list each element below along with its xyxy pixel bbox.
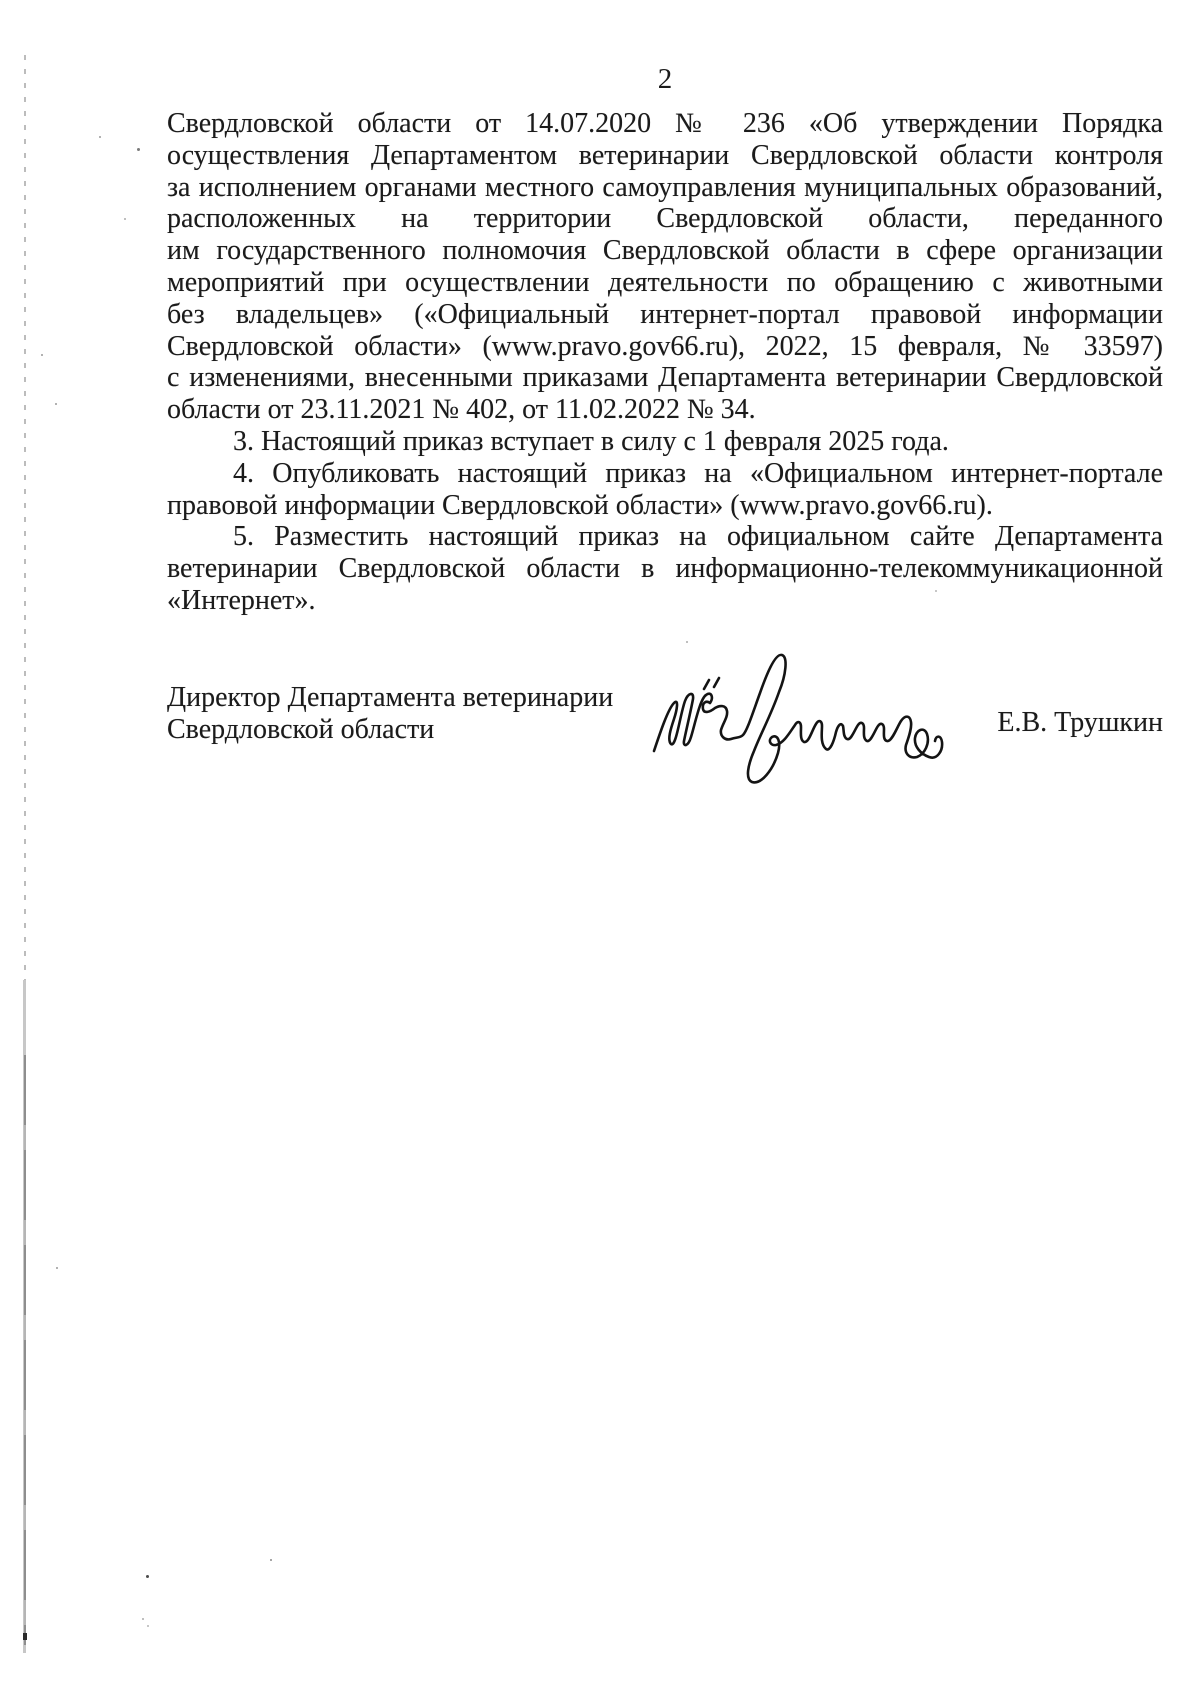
text-line: Свердловской области от 14.07.2020 № 236… (167, 108, 1163, 140)
scan-speckle (935, 590, 937, 592)
scan-speckle (55, 403, 57, 405)
text-line: ветеринарии Свердловской области в инфор… (167, 553, 1163, 585)
page-number: 2 (167, 63, 1163, 95)
scan-speckle (142, 1618, 144, 1620)
text-line: правовой информации Свердловской области… (167, 490, 1163, 522)
text-line: осуществления Департаментом ветеринарии … (167, 140, 1163, 172)
text-line: им государственного полномочия Свердловс… (167, 235, 1163, 267)
scan-ink-blob (23, 1633, 27, 1640)
scan-edge-line-core (24, 1055, 26, 1645)
text-line: 4. Опубликовать настоящий приказ на «Офи… (167, 458, 1163, 490)
scan-speckle (686, 641, 688, 643)
text-line: с изменениями, внесенными приказами Депа… (167, 362, 1163, 394)
text-line: 3. Настоящий приказ вступает в силу с 1 … (167, 426, 1163, 458)
text-line: 5. Разместить настоящий приказ на официа… (167, 521, 1163, 553)
scan-speckle (41, 354, 43, 356)
text-line: без владельцев» («Официальный интернет-п… (167, 299, 1163, 331)
document-body: Свердловской области от 14.07.2020 № 236… (167, 108, 1163, 617)
scanned-document-page: 2 Свердловской области от 14.07.2020 № 2… (0, 0, 1200, 1696)
scan-speckle (56, 1267, 58, 1269)
scan-edge-dotted-line (24, 55, 26, 980)
text-line: расположенных на территории Свердловской… (167, 203, 1163, 235)
handwritten-signature (630, 593, 960, 798)
scan-speckle (137, 148, 140, 151)
scan-speckle (270, 1559, 272, 1561)
scan-speckle (146, 1575, 149, 1578)
scan-speckle (147, 1625, 149, 1627)
text-line: мероприятий при осуществлении деятельнос… (167, 267, 1163, 299)
text-line: за исполнением органами местного самоупр… (167, 172, 1163, 204)
text-line: Свердловской области» (www.pravo.gov66.r… (167, 331, 1163, 363)
scan-speckle (99, 136, 101, 138)
signature-tick-strokes (704, 678, 719, 689)
text-line: области от 23.11.2021 № 402, от 11.02.20… (167, 394, 1163, 426)
scan-speckle (124, 218, 126, 220)
signee-name: Е.В. Трушкин (167, 707, 1163, 739)
